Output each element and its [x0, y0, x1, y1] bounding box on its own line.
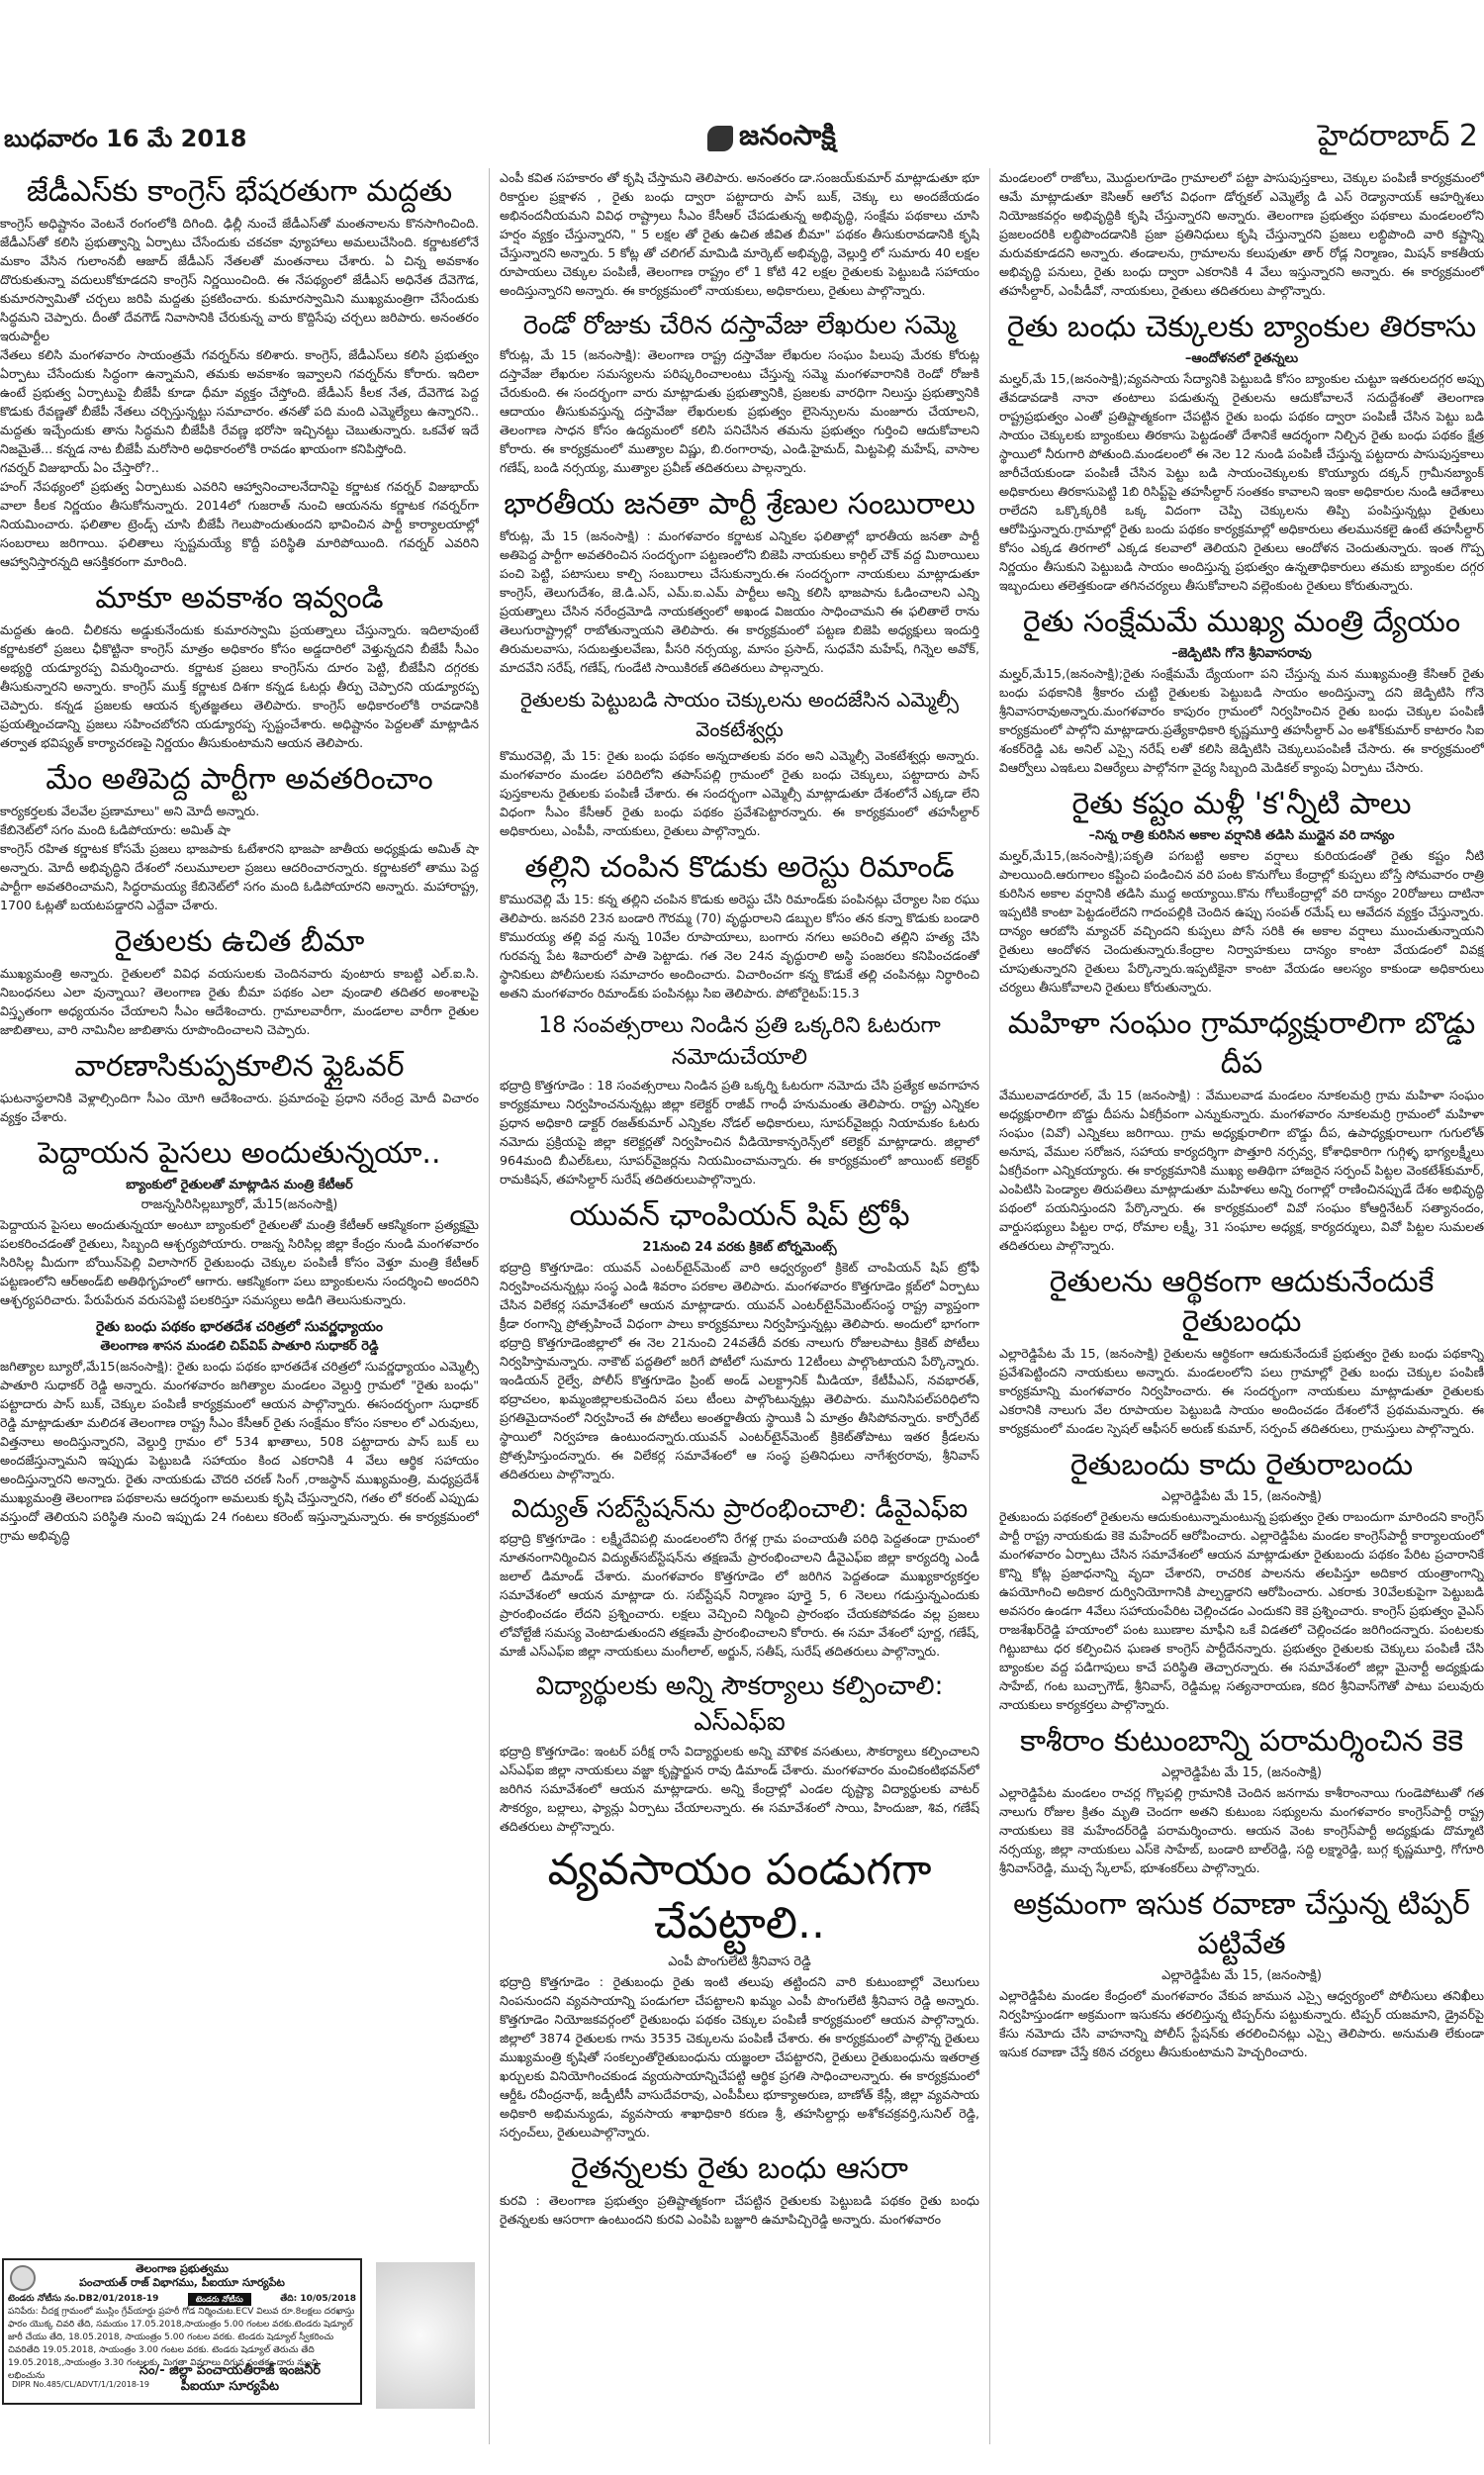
article-body: కార్యకర్తలకు వేలవేల ప్రణామాలు" అని మోదీ …: [0, 802, 479, 820]
article-body: కాంగ్రెస్ రహిత కర్ణాటక కోసమే ప్రజలు భాజప…: [0, 839, 479, 914]
article-rythu-bandhu-support: రైతన్నలకు రైతు బంధు ఆసరా కురవి : తెలంగాణ…: [500, 2149, 979, 2229]
article-rythu-rabandu: రైతుబందు కాదు రైతురాబందు ఎల్లారెడ్డిపేట …: [999, 1446, 1484, 1714]
middle-column: ఎంపీ కవిత సహకారం తో కృషి చేస్తామని తెలిప…: [500, 168, 979, 2474]
article-agriculture-festival: వ్యవసాయం పండుగగా చేపట్టాలి.. ఎంపీ పొంగుల…: [500, 1844, 979, 2142]
ad-sign-line1: సం/- జిల్లా పంచాయతీరాజ్ ఇంజనీర్: [139, 2363, 321, 2379]
article-mahila-sangham: మహిళా సంఘం గ్రామాధ్యక్షురాలిగా బొడ్డు దీ…: [999, 1004, 1484, 1255]
newspaper-logo: జనంసాక్షి: [707, 119, 836, 158]
article-body: కురవి : తెలంగాణ ప్రభుత్వం ప్రతిష్టాత్మకం…: [500, 2191, 979, 2229]
headline: రైతులకు పెట్టుబడి సాయం చెక్కులను అందజేసి…: [500, 685, 979, 744]
article-bank-hurdles: రైతు బంధు చెక్కులకు బ్యాంకుల తిరకాసు –ఆం…: [999, 308, 1484, 595]
headline: రైతులకు ఉచిత బీమా: [0, 922, 479, 962]
article-subhead: తెలంగాణ శాసన మండలి చిప్‌విప్ పాతూరి సుధా…: [0, 1337, 479, 1357]
article-body: కాంగ్రెస్ అధిష్టానం వెంటనే రంగంలోకి దిగి…: [0, 214, 479, 345]
headline: రైతు బంధు చెక్కులకు బ్యాంకుల తిరకాసు: [999, 308, 1484, 347]
article-unseasonal-rain: రైతు కష్టం మళ్లీ 'క'న్నీటి పాలు –నిన్న ర…: [999, 785, 1484, 997]
issue-date: బుధవారం 16 మే 2018: [4, 125, 246, 158]
headline: వ్యవసాయం పండుగగా చేపట్టాలి..: [500, 1844, 979, 1951]
article-cricket-trophy: యువన్ ఛాంపియన్ షిప్ ట్రోఫీ 21నుంచి 24 వర…: [500, 1196, 979, 1483]
article-body: జగిత్యాల బ్యూరో,మే15(జనంసాక్షి): రైతు బం…: [0, 1357, 479, 1545]
article-subhead: –నిన్న రాత్రి కురిసిన అకాల వర్షానికి తడి…: [999, 826, 1484, 846]
ad-org-line1: తెలంగాణ ప్రభుత్వము: [8, 2262, 356, 2276]
article-body: భద్రాద్రి కొత్తగూడెం : రైతుబంధు రైతు ఇంట…: [500, 1972, 979, 2142]
headline: కాశీరాం కుటుంబాన్ని పరామర్శించిన కెకె: [999, 1722, 1484, 1761]
ad-tag: టెండరు నోటీసు: [188, 2293, 251, 2306]
blank-photo-placeholder: [376, 2262, 475, 2409]
article-substation: విద్యుత్ సబ్‌స్టేషన్‌ను ప్రారంభించాలి: డ…: [500, 1491, 979, 1661]
article-bjp-celebrations: భారతీయ జనతా పార్టీ శ్రేణుల సంబురాలు కోరు…: [500, 485, 979, 677]
article-body: ఘటనాస్థలానికి వెళ్లాల్సిందిగా సీఎం యోగి …: [0, 1089, 479, 1126]
article-subhead: ఎంపీ పొంగులేటి శ్రీనివాస రెడ్డి: [500, 1952, 979, 1972]
article-body: మద్దతు ఉంది. చీలికను అడ్డుకునేందుకు కుమా…: [0, 620, 479, 752]
article-body: ఎంపీ కవిత సహకారం తో కృషి చేస్తామని తెలిప…: [500, 168, 979, 300]
headline: విద్యార్థులకు అన్ని సౌకర్యాలు కల్పించాలి…: [500, 1668, 979, 1740]
article-financial-support: రైతులను ఆర్థికంగా ఆదుకునేందుకే రైతుబంధు …: [999, 1263, 1484, 1438]
ad-date: తేది: 10/05/2018: [280, 2293, 356, 2306]
right-column: మండలంలో రాజోలు, మొద్దులగూడెం గ్రామాలలో ప…: [999, 168, 1484, 2474]
headline: వారణాసికుప్పకూలిన ఫ్లైఓవర్: [0, 1047, 479, 1087]
article-varanasi-flyover: వారణాసికుప్పకూలిన ఫ్లైఓవర్ ఘటనాస్థలానికి…: [0, 1047, 479, 1126]
ad-signature: సం/- జిల్లా పంచాయతీరాజ్ ఇంజనీర్ పీఐయూ సూ…: [139, 2363, 321, 2395]
headline: రైతు బంధు పథకం భారతదేశ చరిత్రలో సువర్ణధ్…: [0, 1317, 479, 1337]
ad-org-line2: పంచాయత్ రాజ్ విభాగము, పీఐయూ సూర్యపేట: [8, 2276, 356, 2290]
headline: 18 సంవత్సరాలు నిండిన ప్రతి ఒక్కరిని ఓటరు…: [500, 1010, 979, 1074]
article-son-arrested: తల్లిని చంపిన కొడుకు అరెస్టు రిమాండ్ కొమ…: [500, 848, 979, 1002]
page-city-number: హైదరాబాద్ 2: [1318, 119, 1478, 160]
headline: విద్యుత్ సబ్‌స్టేషన్‌ను ప్రారంభించాలి: డ…: [500, 1491, 979, 1527]
headline: రైతు కష్టం మళ్లీ 'క'న్నీటి పాలు: [999, 785, 1484, 824]
article-body: ఎల్లారెడ్డిపేట మండలం రాచర్ల గొల్లపల్లి గ…: [999, 1783, 1484, 1877]
article-body: పెద్దాయన పైసలు అందుతున్నయా అంటూ బ్యాంకుల…: [0, 1215, 479, 1309]
article-voter-registration: 18 సంవత్సరాలు నిండిన ప్రతి ఒక్కరిని ఓటరు…: [500, 1010, 979, 1189]
headline: రైతులను ఆర్థికంగా ఆదుకునేందుకే రైతుబంధు: [999, 1263, 1484, 1342]
government-seal-icon: [10, 2265, 36, 2291]
article-farmer-welfare-goal: రైతు సంక్షేమమే ముఖ్య మంత్రి ద్యేయం –జెడ్…: [999, 603, 1484, 777]
article-body: హంగ్ నేపథ్యంలో ప్రభుత్వ ఏర్పాటుకు ఎవరిని…: [0, 477, 479, 571]
article-continued: మండలంలో రాజోలు, మొద్దులగూడెం గ్రామాలలో ప…: [999, 168, 1484, 300]
dateline: రాజన్నసిరిసిల్లబ్యూరో, మే15(జనంసాక్షి): [0, 1195, 479, 1215]
article-body: కొమురవెల్లి, మే 15: రైతు బంధు పథకం అన్నద…: [500, 746, 979, 840]
article-jds-congress: జేడీఎస్‌కు కాంగ్రెస్ భేషరతుగా మద్దతు కాం…: [0, 172, 479, 571]
headline: మహిళా సంఘం గ్రామాధ్యక్షురాలిగా బొడ్డు దీ…: [999, 1004, 1484, 1084]
tender-notice-advertisement: తెలంగాణ ప్రభుత్వము పంచాయత్ రాజ్ విభాగము,…: [2, 2258, 362, 2405]
article-rythu-bandhu-golden-chapter: రైతు బంధు పథకం భారతదేశ చరిత్రలో సువర్ణధ్…: [0, 1317, 479, 1545]
article-body: రైతుబందు పథకంలో రైతులను ఆదుకుంటున్నామంటు…: [999, 1507, 1484, 1714]
article-body: మల్హర్,మే 15,(జనంసాక్షి);వ్యవసాయ సేద్యాన…: [999, 369, 1484, 595]
headline: రైతుబందు కాదు రైతురాబందు: [999, 1446, 1484, 1485]
article-body: భద్రాద్రి కొత్తగూడెం: ఇంటర్ పరీక్ష రాసే …: [500, 1742, 979, 1836]
article-give-us-chance: మాకూ అవకాశం ఇవ్వండి మద్దతు ఉంది. చీలికను…: [0, 579, 479, 752]
column-divider: [489, 168, 490, 2444]
article-body: భద్రాద్రి కొత్తగూడెం : 18 సంవత్సరాలు నిం…: [500, 1076, 979, 1189]
article-body: ఎల్లారెడ్డిపేట మే 15, (జనంసాక్షి) రైతులన…: [999, 1344, 1484, 1438]
article-sand-tipper-seized: అక్రమంగా ఇసుక రవాణా చేస్తున్న టిప్పర్ పట…: [999, 1885, 1484, 2061]
article-body: మల్హర్,మే15,(జనంసాక్షి);రైతు సంక్షేమమే ద…: [999, 664, 1484, 777]
logo-text: జనంసాక్షి: [739, 119, 836, 158]
headline: జేడీఎస్‌కు కాంగ్రెస్ భేషరతుగా మద్దతు: [0, 172, 479, 212]
article-subhead: గవర్నర్ విజుభాయ్ ఏం చేస్తారో?..: [0, 458, 479, 477]
article-body: కొమురవెల్లి మే 15: కన్న తల్లిని చంపిన కొ…: [500, 890, 979, 1002]
article-body: ముఖ్యమంత్రి అన్నారు. రైతులలో వివిధ వయసుల…: [0, 964, 479, 1039]
article-body: నేతలు కలిసి మంగళవారం సాయంత్రమే గవర్నర్‌న…: [0, 345, 479, 458]
left-column: జేడీఎస్‌కు కాంగ్రెస్ భేషరతుగా మద్దతు కాం…: [0, 168, 479, 2276]
headline: భారతీయ జనతా పార్టీ శ్రేణుల సంబురాలు: [500, 485, 979, 524]
article-continued: ఎంపీ కవిత సహకారం తో కృషి చేస్తామని తెలిప…: [500, 168, 979, 300]
article-subhead: కేబినెట్‌లో సగం మంది ఓడిపోయారు: అమిత్ షా: [0, 820, 479, 839]
article-body: మల్హర్,మే15,(జనంసాక్షి);పకృతి పగబట్టి అక…: [999, 846, 1484, 997]
article-subhead: బ్యాంకులో రైతులతో మాట్లాడిన మంత్రి కేటీఆ…: [0, 1176, 479, 1195]
article-ktr-bank-visit: పెద్దాయన పైసలు అందుతున్నయా.. బ్యాంకులో ర…: [0, 1134, 479, 1309]
headline: మాకూ అవకాశం ఇవ్వండి: [0, 579, 479, 619]
headline: అక్రమంగా ఇసుక రవాణా చేస్తున్న టిప్పర్ పట…: [999, 1885, 1484, 1964]
ad-notice-number: టెండరు నోటీసు నం.DB2/01/2018-19: [8, 2293, 158, 2306]
ad-dipr-number: DIPR No.485/CL/ADVT/1/1/2018-19: [12, 2378, 149, 2391]
article-kk-condolence: కాశీరాం కుటుంబాన్ని పరామర్శించిన కెకె ఎల…: [999, 1722, 1484, 1877]
headline: రెండో రోజుకు చేరిన దస్తావేజు లేఖరుల సమ్మ…: [500, 308, 979, 343]
dateline: ఎల్లారెడ్డిపేట మే 15, (జనంసాక్షి): [999, 1966, 1484, 1986]
headline: మేం అతిపెద్ద పార్టీగా అవతరించాం: [0, 760, 479, 800]
article-body: వేములవాడరూరల్, మే 15 (జనంసాక్షి) : వేముల…: [999, 1086, 1484, 1255]
article-body: ఎల్లారెడ్డిపేట మండల కేంద్రంలో మంగళవారం వ…: [999, 1986, 1484, 2061]
article-body: భద్రాద్రి కొత్తగూడెం: యువన్ ఎంటర్‌టైన్‌మ…: [500, 1258, 979, 1483]
article-body: మండలంలో రాజోలు, మొద్దులగూడెం గ్రామాలలో ప…: [999, 168, 1484, 300]
article-document-writers-strike: రెండో రోజుకు చేరిన దస్తావేజు లేఖరుల సమ్మ…: [500, 308, 979, 477]
headline: రైతు సంక్షేమమే ముఖ్య మంత్రి ద్యేయం: [999, 603, 1484, 642]
telangana-map-icon: [707, 126, 733, 151]
article-farmer-insurance: రైతులకు ఉచిత బీమా ముఖ్యమంత్రి అన్నారు. ర…: [0, 922, 479, 1039]
article-subhead: –జెడ్పిటిసి గోనె శ్రీనివాసరావు: [999, 644, 1484, 664]
dateline: ఎల్లారెడ్డిపేట మే 15, (జనంసాక్షి): [999, 1487, 1484, 1507]
article-sfi-students: విద్యార్థులకు అన్ని సౌకర్యాలు కల్పించాలి…: [500, 1668, 979, 1836]
headline: పెద్దాయన పైసలు అందుతున్నయా..: [0, 1134, 479, 1174]
article-mlc-cheques: రైతులకు పెట్టుబడి సాయం చెక్కులను అందజేసి…: [500, 685, 979, 840]
dateline: ఎల్లారెడ్డిపేట మే 15, (జనంసాక్షి): [999, 1763, 1484, 1783]
article-largest-party: మేం అతిపెద్ద పార్టీగా అవతరించాం కార్యకర్…: [0, 760, 479, 914]
headline: యువన్ ఛాంపియన్ షిప్ ట్రోఫీ: [500, 1196, 979, 1236]
article-subhead: –ఆందోళనలో రైతన్నలు: [999, 349, 1484, 369]
column-divider: [989, 168, 990, 2444]
article-subhead: 21నుంచి 24 వరకు క్రికెట్ టోర్నమెంట్స్: [500, 1238, 979, 1258]
article-body: కోరుట్ల, మే 15 (జనంసాక్షి) : మంగళవారం కర…: [500, 526, 979, 677]
article-body: కోరుట్ల, మే 15 (జనంసాక్షి): తెలంగాణ రాష్…: [500, 345, 979, 477]
headline: రైతన్నలకు రైతు బంధు ఆసరా: [500, 2149, 979, 2189]
article-body: భద్రాద్రి కొత్తగూడెం : లక్ష్మీదేవిపల్లి …: [500, 1529, 979, 1661]
masthead: బుధవారం 16 మే 2018 జనంసాక్షి హైదరాబాద్ 2: [0, 117, 1484, 166]
headline: తల్లిని చంపిన కొడుకు అరెస్టు రిమాండ్: [500, 848, 979, 888]
ad-sign-line2: పీఐయూ సూర్యపేట: [139, 2379, 321, 2395]
